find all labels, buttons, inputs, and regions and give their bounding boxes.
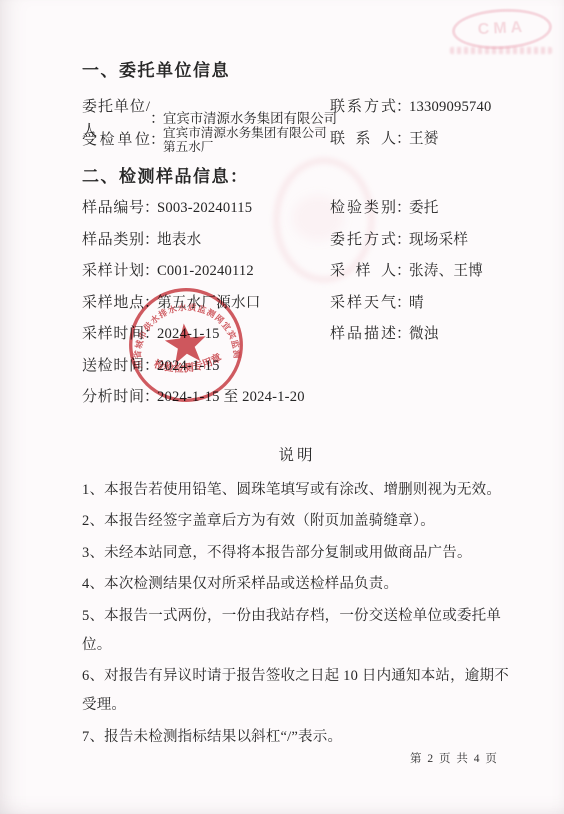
section1-title: 一、委托单位信息 (82, 60, 512, 82)
sample-category-row: 样品类别：地表水 委托方式：现场采样 (82, 225, 512, 257)
inspection-type-value: 委托 (409, 193, 439, 225)
colon: ： (144, 382, 157, 414)
inspected-unit-value: 宜宾市清源水务集团有限公司第五水厂 (163, 126, 347, 154)
notes-title: 说明 (82, 443, 512, 465)
note-item-7: 7、报告未检测指标结果以斜杠“/”表示。 (82, 723, 512, 752)
sample-description-value: 微浊 (409, 319, 439, 351)
cma-mark: CMA (448, 5, 558, 60)
sampling-time-label: 采样时间 (82, 319, 144, 351)
delivery-time-row: 送检时间：2024-1-15 (82, 351, 512, 383)
note-item-2: 2、本报告经签字盖章后方为有效（附页加盖骑缝章）。 (82, 507, 512, 536)
inspected-unit-label: 受检单位 (82, 123, 150, 157)
note-item-6: 6、对报告有异议时请于报告签收之日起 10 日内通知本站，逾期不受理。 (82, 662, 512, 720)
sample-info-rows: 样品编号：S003-20240115 检验类别：委托 样品类别：地表水 委托方式… (82, 193, 512, 414)
colon: ： (150, 123, 163, 157)
colon: ： (396, 122, 409, 156)
colon: ： (396, 256, 409, 288)
commission-mode-value: 现场采样 (409, 225, 468, 257)
contact-method-value: 13309095740 (409, 95, 491, 119)
notes-list: 1、本报告若使用铅笔、圆珠笔填写或有涂改、增删则视为无效。 2、本报告经签字盖章… (82, 476, 512, 752)
analysis-time-label: 分析时间 (82, 382, 144, 414)
contact-person-group: 联系人：王赟 (330, 122, 439, 156)
sample-description-group: 样品描述：微浊 (330, 319, 439, 351)
sampling-plan-label: 采样计划 (82, 256, 144, 288)
weather-value: 晴 (409, 288, 424, 320)
weather-label: 采样天气 (330, 288, 396, 320)
document-body: 一、委托单位信息 委托单位/人：宜宾市清源水务集团有限公司 联系方式：13309… (82, 60, 512, 754)
colon: ： (396, 95, 409, 119)
client-row: 委托单位/人：宜宾市清源水务集团有限公司 联系方式：13309095740 (82, 95, 512, 119)
colon: ： (144, 225, 157, 257)
colon: ： (144, 319, 157, 351)
sampling-site-label: 采样地点 (82, 288, 144, 320)
sampling-plan-value: C001-20240112 (157, 263, 254, 279)
colon: ： (396, 319, 409, 351)
sample-description-label: 样品描述 (330, 319, 396, 351)
contact-person-label: 联系人 (330, 122, 396, 156)
delivery-time-label: 送检时间 (82, 351, 144, 383)
sampling-site-value: 第五水厂源水口 (157, 295, 261, 311)
delivery-time-value: 2024-1-15 (157, 358, 220, 374)
sample-category-label: 样品类别 (82, 225, 144, 257)
analysis-time-row: 分析时间：2024-1-15 至 2024-1-20 (82, 382, 512, 414)
contact-method-label: 联系方式 (330, 95, 396, 119)
commission-mode-group: 委托方式：现场采样 (330, 225, 468, 257)
sampling-time-row: 采样时间：2024-1-15 样品描述：微浊 (82, 319, 512, 351)
colon: ： (396, 288, 409, 320)
commission-mode-label: 委托方式 (330, 225, 396, 257)
colon: ： (396, 193, 409, 225)
note-item-5: 5、本报告一式两份，一份由我站存档，一份交送检单位或委托单位。 (82, 602, 512, 660)
sample-id-row: 样品编号：S003-20240115 检验类别：委托 (82, 193, 512, 225)
inspected-unit-row: 受检单位：宜宾市清源水务集团有限公司第五水厂 联系人：王赟 (82, 122, 512, 156)
page-number: 第 2 页 共 4 页 (410, 750, 498, 766)
section2-title: 二、检测样品信息： (82, 166, 512, 188)
weather-group: 采样天气：晴 (330, 288, 424, 320)
sampling-site-row: 采样地点：第五水厂源水口 采样天气：晴 (82, 288, 512, 320)
colon: ： (144, 351, 157, 383)
cma-certificate-number-row (450, 47, 552, 54)
inspection-type-group: 检验类别：委托 (330, 193, 439, 225)
sampling-time-value: 2024-1-15 (157, 326, 220, 342)
analysis-time-value: 2024-1-15 至 2024-1-20 (157, 389, 305, 405)
colon: ： (144, 288, 157, 320)
sampler-value: 张涛、王博 (409, 256, 483, 288)
sample-id-value: S003-20240115 (157, 200, 252, 216)
note-item-4: 4、本次检测结果仅对所采样品或送检样品负责。 (82, 570, 512, 599)
inspection-type-label: 检验类别 (330, 193, 396, 225)
contact-method-group: 联系方式：13309095740 (330, 95, 491, 119)
note-item-1: 1、本报告若使用铅笔、圆珠笔填写或有涂改、增删则视为无效。 (82, 476, 512, 505)
sample-id-label: 样品编号 (82, 193, 144, 225)
colon: ： (144, 193, 157, 225)
contact-person-value: 王赟 (409, 122, 439, 156)
inspected-unit-line1: 宜宾市清源水务集团有限公司 (163, 126, 327, 140)
inspected-unit-line2: 第五水厂 (163, 140, 213, 154)
cma-oval-border: CMA (451, 6, 553, 51)
note-item-3: 3、未经本站同意，不得将本报告部分复制或用做商品广告。 (82, 539, 512, 568)
report-page: CMA 一、委托单位信息 委托单位/人：宜宾市清源水务集团有限公司 联系方式：1… (0, 0, 564, 814)
sampling-plan-row: 采样计划：C001-20240112 采样人：张涛、王博 (82, 256, 512, 288)
colon: ： (396, 225, 409, 257)
sampler-label: 采样人 (330, 256, 396, 288)
sampler-group: 采样人：张涛、王博 (330, 256, 483, 288)
colon: ： (144, 256, 157, 288)
cma-letters: CMA (477, 19, 526, 40)
sample-category-value: 地表水 (157, 232, 201, 248)
